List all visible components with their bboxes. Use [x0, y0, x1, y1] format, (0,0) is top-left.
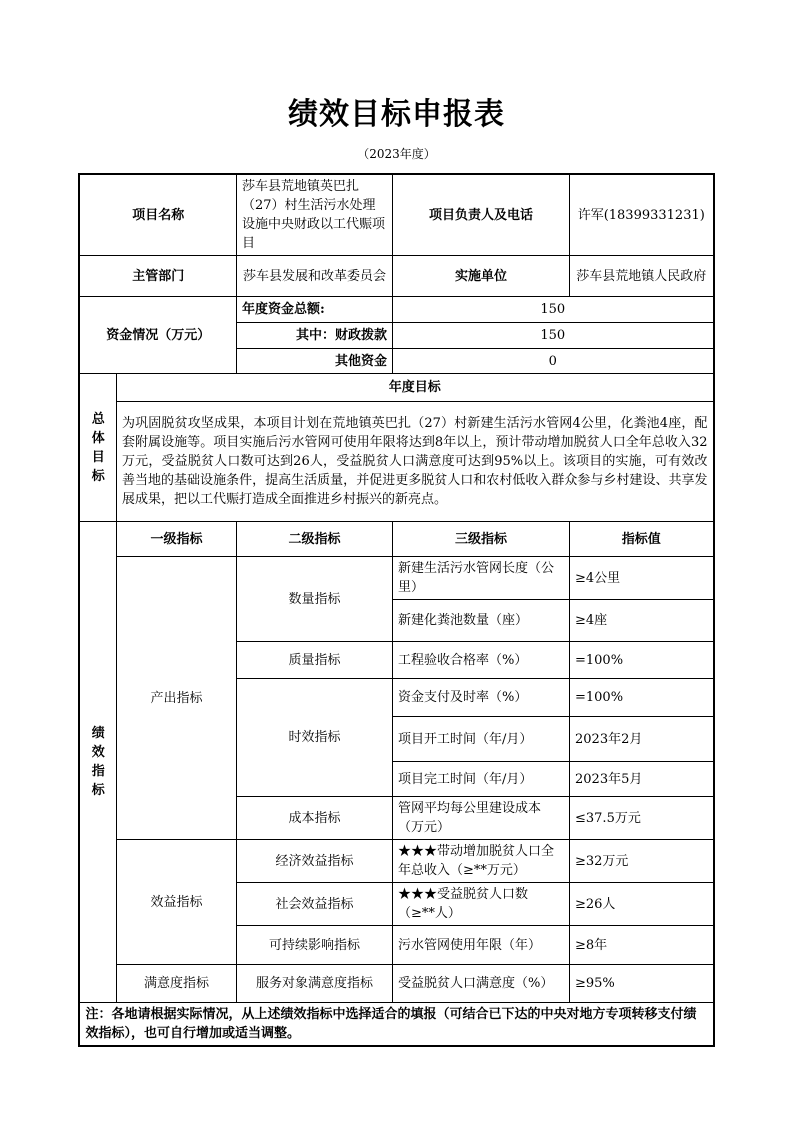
indicator-value: 2023年5月 [570, 762, 714, 797]
indicator-value: ≥4公里 [570, 557, 714, 600]
competent-dept-label: 主管部门 [79, 256, 236, 297]
level2-sustainability: 可持续影响指标 [237, 926, 393, 965]
indicator-name: 污水管网使用年限（年） [393, 926, 570, 965]
level1-satisfaction: 满意度指标 [116, 965, 236, 1003]
level1-output: 产出指标 [116, 557, 236, 840]
table-row: 项目名称 莎车县荒地镇英巴扎（27）村生活污水处理设施中央财政以工代赈项目 项目… [79, 174, 713, 256]
table-row: 产出指标 数量指标 新建生活污水管网长度（公里） ≥4公里 [79, 557, 713, 600]
level2-quality: 质量指标 [237, 642, 393, 679]
indicator-name: ★★★带动增加脱贫人口全年总收入（≥**万元） [393, 840, 570, 883]
table-row: 资金情况（万元） 年度资金总额: 150 [79, 297, 713, 323]
indicator-name: 管网平均每公里建设成本（万元） [393, 797, 570, 840]
indicator-value: ≥26人 [570, 883, 714, 926]
indicator-value: ≥4座 [570, 600, 714, 642]
project-name-label: 项目名称 [79, 174, 236, 256]
level1-benefit: 效益指标 [116, 840, 236, 965]
table-row: 注：各地请根据实际情况，从上述绩效指标中选择适合的填报（可结合已下达的中央对地方… [79, 1003, 713, 1047]
indicator-name: 资金支付及时率（%） [393, 679, 570, 717]
page-title: 绩效目标申报表 [0, 96, 793, 134]
overall-goal-side-label: 总体目标 [79, 374, 116, 522]
project-manager-value: 许军(18399331231) [570, 174, 714, 256]
table-row: 满意度指标 服务对象满意度指标 受益脱贫人口满意度（%） ≥95% [79, 965, 713, 1003]
impl-unit-label: 实施单位 [393, 256, 570, 297]
table-row: 为巩固脱贫攻坚成果，本项目计划在荒地镇英巴扎（27）村新建生活污水管网4公里，化… [79, 402, 713, 522]
header-level1: 一级指标 [116, 522, 236, 557]
indicator-value: ≤37.5万元 [570, 797, 714, 840]
header-level2: 二级指标 [237, 522, 393, 557]
indicator-value: =100% [570, 679, 714, 717]
indicator-value: ≥8年 [570, 926, 714, 965]
funding-total-value: 150 [393, 297, 714, 323]
indicator-name: ★★★受益脱贫人口数（≥**人） [393, 883, 570, 926]
funding-total-label: 年度资金总额: [237, 297, 393, 323]
indicator-name: 新建化粪池数量（座） [393, 600, 570, 642]
funding-fiscal-value: 150 [393, 323, 714, 349]
annual-goal-header: 年度目标 [116, 374, 713, 402]
table-row: 绩效指标 一级指标 二级指标 三级指标 指标值 [79, 522, 713, 557]
indicator-name: 项目开工时间（年/月） [393, 717, 570, 762]
project-name-value: 莎车县荒地镇英巴扎（27）村生活污水处理设施中央财政以工代赈项目 [237, 174, 393, 256]
funding-other-label: 其他资金 [237, 349, 393, 374]
impl-unit-value: 莎车县荒地镇人民政府 [570, 256, 714, 297]
level2-timeliness: 时效指标 [237, 679, 393, 797]
indicator-value: ≥32万元 [570, 840, 714, 883]
footnote: 注：各地请根据实际情况，从上述绩效指标中选择适合的填报（可结合已下达的中央对地方… [79, 1003, 713, 1047]
table-row: 效益指标 经济效益指标 ★★★带动增加脱贫人口全年总收入（≥**万元） ≥32万… [79, 840, 713, 883]
indicator-value: 2023年2月 [570, 717, 714, 762]
level2-quantity: 数量指标 [237, 557, 393, 642]
project-manager-label: 项目负责人及电话 [393, 174, 570, 256]
table-row: 总体目标 年度目标 [79, 374, 713, 402]
level2-service-satisfaction: 服务对象满意度指标 [237, 965, 393, 1003]
funding-other-value: 0 [393, 349, 714, 374]
funding-section-label: 资金情况（万元） [79, 297, 236, 374]
indicator-value: =100% [570, 642, 714, 679]
performance-target-table: 项目名称 莎车县荒地镇英巴扎（27）村生活污水处理设施中央财政以工代赈项目 项目… [78, 173, 714, 1047]
indicator-value: ≥95% [570, 965, 714, 1003]
annual-goal-text: 为巩固脱贫攻坚成果，本项目计划在荒地镇英巴扎（27）村新建生活污水管网4公里，化… [116, 402, 713, 522]
indicator-name: 新建生活污水管网长度（公里） [393, 557, 570, 600]
header-target-value: 指标值 [570, 522, 714, 557]
level2-social: 社会效益指标 [237, 883, 393, 926]
funding-fiscal-label: 其中：财政拨款 [237, 323, 393, 349]
competent-dept-value: 莎车县发展和改革委员会 [237, 256, 393, 297]
level2-cost: 成本指标 [237, 797, 393, 840]
page-subtitle: （2023年度） [0, 147, 793, 162]
indicator-name: 工程验收合格率（%） [393, 642, 570, 679]
indicator-name: 项目完工时间（年/月） [393, 762, 570, 797]
header-level3: 三级指标 [393, 522, 570, 557]
level2-economic: 经济效益指标 [237, 840, 393, 883]
indicators-side-label: 绩效指标 [79, 522, 116, 1003]
table-row: 主管部门 莎车县发展和改革委员会 实施单位 莎车县荒地镇人民政府 [79, 256, 713, 297]
indicator-name: 受益脱贫人口满意度（%） [393, 965, 570, 1003]
